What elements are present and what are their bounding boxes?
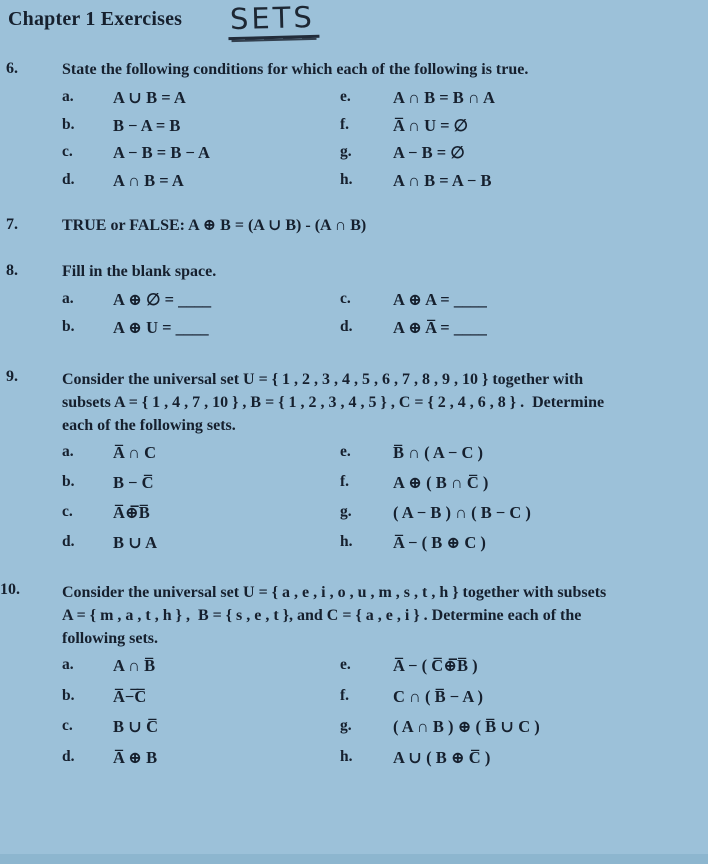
item-formula: A − B = ∅ (393, 143, 708, 163)
item-formula: B̅ ∩ ( A − C ) (393, 443, 708, 463)
exercise-9-number: 9. (0, 368, 62, 563)
item-formula: B ∪ C̅ (113, 717, 340, 737)
item-formula: A ∩ B = B ∩ A (393, 88, 708, 108)
item-label: f. (340, 473, 393, 491)
worksheet-page: Chapter 1 Exercises SETS 6. State the fo… (0, 0, 708, 864)
exercise-9-prompt: Consider the universal set U = { 1 , 2 ,… (62, 368, 708, 437)
exercise-8-items: a. A ⊕ ∅ = ____ c. A ⊕ A = ____ b. A ⊕ U… (62, 290, 708, 346)
item-formula: A ⊕ ∅ = ____ (113, 290, 340, 310)
item-formula: A̅ ∩ C (113, 443, 340, 463)
item-formula: B ∪ A (113, 533, 340, 553)
exercise-6-number: 6. (0, 60, 62, 198)
item-formula: A ⊕ A̅ = ____ (393, 318, 708, 338)
item-label: e. (340, 656, 393, 674)
item-formula: A̅⊕̅B̅ (113, 503, 340, 523)
exercise-6-body: State the following conditions for which… (62, 60, 708, 198)
item-label: b. (62, 318, 113, 336)
page-header: Chapter 1 Exercises SETS (0, 0, 708, 48)
exercise-6-prompt: State the following conditions for which… (62, 60, 708, 80)
item-label: h. (340, 171, 393, 189)
item-label: g. (340, 503, 393, 521)
item-formula: A̅ ∩ U = ∅ (393, 116, 708, 136)
item-label: h. (340, 748, 393, 766)
exercise-7-prompt: TRUE or FALSE: A ⊕ B = (A ∪ B) - (A ∩ B) (62, 216, 708, 236)
item-formula: A ∩ B = A − B (393, 171, 708, 191)
exercise-9-body: Consider the universal set U = { 1 , 2 ,… (62, 368, 708, 563)
prompt-line: Consider the universal set U = { a , e ,… (62, 581, 708, 604)
page-title: Chapter 1 Exercises (8, 8, 182, 31)
item-formula: B − A = B (113, 116, 340, 136)
item-label: a. (62, 88, 113, 106)
item-label: a. (62, 656, 113, 674)
item-label: g. (340, 717, 393, 735)
item-formula: A̅ − ( B ⊕ C ) (393, 533, 708, 553)
item-formula: A ⊕ ( B ∩ C̅ ) (393, 473, 708, 493)
item-label: b. (62, 687, 113, 705)
exercise-8-number: 8. (0, 262, 62, 346)
item-label: a. (62, 290, 113, 308)
item-label: b. (62, 116, 113, 134)
item-formula: A ∪ ( B ⊕ C̅ ) (393, 748, 708, 768)
item-label: f. (340, 687, 393, 705)
exercise-8-body: Fill in the blank space. a. A ⊕ ∅ = ____… (62, 262, 708, 346)
item-formula: C ∩ ( B̅ − A ) (393, 687, 708, 707)
item-label: d. (62, 533, 113, 551)
exercise-6: 6. State the following conditions for wh… (0, 60, 708, 198)
item-formula: ( A ∩ B ) ⊕ ( B̅ ∪ C ) (393, 717, 708, 737)
item-formula: A ∪ B = A (113, 88, 340, 108)
exercise-9-items: a. A̅ ∩ C e. B̅ ∩ ( A − C ) b. B − C̅ f.… (62, 443, 708, 563)
item-formula: ( A − B ) ∩ ( B − C ) (393, 503, 708, 523)
item-label: b. (62, 473, 113, 491)
prompt-line: each of the following sets. (62, 414, 708, 437)
item-label: c. (62, 143, 113, 161)
exercise-10-items: a. A ∩ B̅ e. A̅ − ( C̅⊕̅B̅ ) b. A̅−̅C̅ f… (62, 656, 708, 778)
prompt-line: subsets A = { 1 , 4 , 7 , 10 } , B = { 1… (62, 391, 708, 414)
prompt-line: Consider the universal set U = { 1 , 2 ,… (62, 368, 708, 391)
prompt-line: following sets. (62, 627, 708, 650)
item-formula: A̅−̅C̅ (113, 687, 340, 707)
item-label: a. (62, 443, 113, 461)
item-label: f. (340, 116, 393, 134)
item-formula: A ⊕ U = ____ (113, 318, 340, 338)
item-formula: A̅ − ( C̅⊕̅B̅ ) (393, 656, 708, 676)
exercise-10-number: 10. (0, 581, 62, 778)
item-label: c. (62, 503, 113, 521)
item-label: d. (62, 748, 113, 766)
item-formula: A̅ ⊕ B (113, 748, 340, 768)
prompt-line: A = { m , a , t , h } , B = { s , e , t … (62, 604, 708, 627)
exercise-8: 8. Fill in the blank space. a. A ⊕ ∅ = _… (0, 262, 708, 346)
exercise-10-prompt: Consider the universal set U = { a , e ,… (62, 581, 708, 650)
page-bottom-edge (0, 854, 708, 864)
item-label: d. (340, 318, 393, 336)
exercise-6-items: a. A ∪ B = A e. A ∩ B = B ∩ A b. B − A =… (62, 88, 708, 198)
exercise-8-prompt: Fill in the blank space. (62, 262, 708, 282)
item-formula: A − B = B − A (113, 143, 340, 163)
exercise-10-body: Consider the universal set U = { a , e ,… (62, 581, 708, 778)
item-label: e. (340, 443, 393, 461)
item-label: c. (62, 717, 113, 735)
item-formula: A ∩ B̅ (113, 656, 340, 676)
item-label: e. (340, 88, 393, 106)
item-label: h. (340, 533, 393, 551)
item-formula: A ⊕ A = ____ (393, 290, 708, 310)
exercise-10: 10. Consider the universal set U = { a ,… (0, 581, 708, 778)
handwritten-sets-label: SETS (228, 0, 320, 40)
item-formula: A ∩ B = A (113, 171, 340, 191)
item-label: c. (340, 290, 393, 308)
item-label: d. (62, 171, 113, 189)
item-label: g. (340, 143, 393, 161)
exercise-9: 9. Consider the universal set U = { 1 , … (0, 368, 708, 563)
exercise-7: 7. TRUE or FALSE: A ⊕ B = (A ∪ B) - (A ∩… (0, 216, 708, 236)
item-formula: B − C̅ (113, 473, 340, 493)
exercise-7-number: 7. (0, 216, 62, 236)
exercise-7-body: TRUE or FALSE: A ⊕ B = (A ∪ B) - (A ∩ B) (62, 216, 708, 236)
